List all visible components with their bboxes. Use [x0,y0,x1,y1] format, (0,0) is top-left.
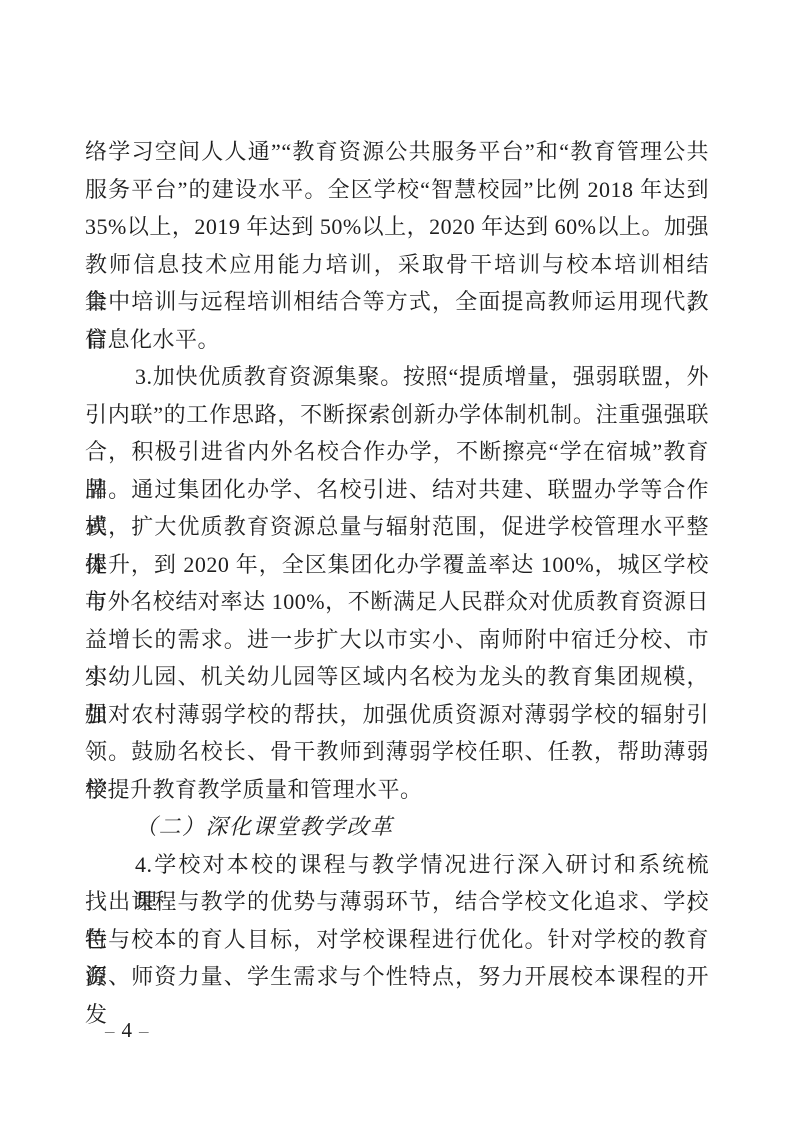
page-number-value: 4 [122,1018,133,1042]
text-line: 络学习空间人人通”“教育资源公共服务平台”和“教育管理公共 [85,133,709,171]
text-line: 教师信息技术应用能力培训，采取骨干培训与校本培训相结合， [85,246,709,284]
document-body: 络学习空间人人通”“教育资源公共服务平台”和“教育管理公共服务平台”的建设水平。… [85,133,709,996]
text-line: 找出课程与教学的优势与薄弱环节，结合学校文化追求、学校特 [85,883,709,921]
text-line: 市外名校结对率达 100%，不断满足人民群众对优质教育资源日 [85,583,709,621]
text-line: 式，扩大优质教育资源总量与辐射范围，促进学校管理水平整体 [85,508,709,546]
text-line: 集中培训与远程培训相结合等方式，全面提高教师运用现代教育 [85,283,709,321]
document-page: 络学习空间人人通”“教育资源公共服务平台”和“教育管理公共服务平台”的建设水平。… [0,0,793,1122]
text-line: 校提升教育教学质量和管理水平。 [85,771,709,809]
text-line: 色与校本的育人目标，对学校课程进行优化。针对学校的教育资 [85,921,709,959]
text-line: 牌。通过集团化办学、名校引进、结对共建、联盟办学等合作模 [85,471,709,509]
text-line: 源、师资力量、学生需求与个性特点，努力开展校本课程的开发 [85,958,709,996]
text-line: 小幼儿园、机关幼儿园等区域内名校为龙头的教育集团规模，加 [85,658,709,696]
text-line: 领。鼓励名校长、骨干教师到薄弱学校任职、任教，帮助薄弱学 [85,733,709,771]
text-line: 信息化水平。 [85,321,709,359]
text-line: 3.加快优质教育资源集聚。按照“提质增量，强弱联盟，外 [85,358,709,396]
section-heading: （二）深化课堂教学改革 [85,808,709,846]
page-number: –4– [98,1018,156,1044]
text-line: 4.学校对本校的课程与教学情况进行深入研讨和系统梳理， [85,846,709,884]
text-line: 强对农村薄弱学校的帮扶，加强优质资源对薄弱学校的辐射引 [85,696,709,734]
text-line: 合，积极引进省内外名校合作办学，不断擦亮“学在宿城”教育品 [85,433,709,471]
text-line: 提升，到 2020 年，全区集团化办学覆盖率达 100%，城区学校与 [85,546,709,584]
text-line: 益增长的需求。进一步扩大以市实小、南师附中宿迁分校、市实 [85,621,709,659]
text-line: 35%以上，2019 年达到 50%以上，2020 年达到 60%以上。加强 [85,208,709,246]
text-line: 服务平台”的建设水平。全区学校“智慧校园”比例 2018 年达到 [85,171,709,209]
page-number-left-dash: – [98,1021,122,1042]
page-number-right-dash: – [132,1021,156,1042]
text-line: 引内联”的工作思路，不断探索创新办学体制机制。注重强强联 [85,396,709,434]
